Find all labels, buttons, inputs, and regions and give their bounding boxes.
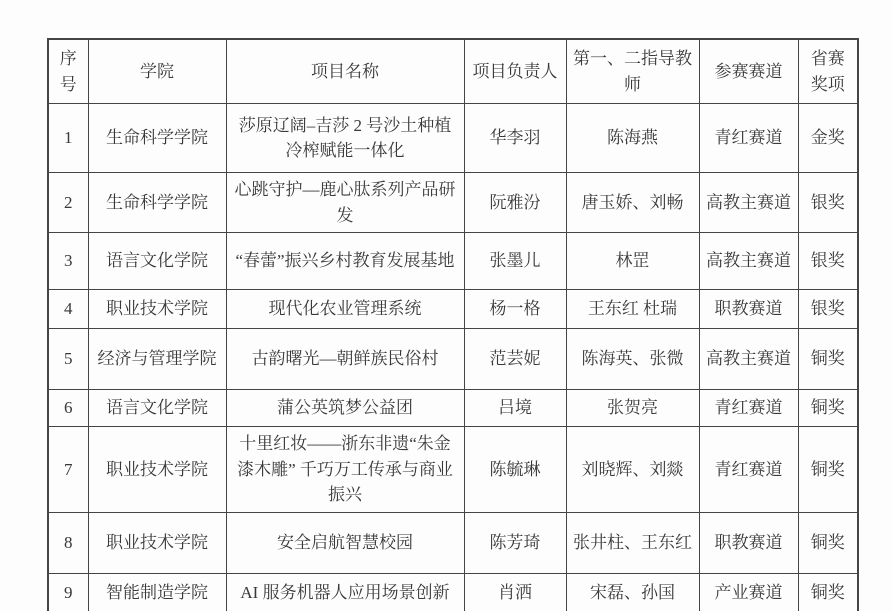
cell-award: 银奖	[798, 290, 858, 329]
cell-college: 经济与管理学院	[88, 329, 226, 390]
table-row: 9 智能制造学院 AI 服务机器人应用场景创新 肖洒 宋磊、孙国 产业赛道 铜奖	[48, 573, 858, 611]
cell-award: 银奖	[798, 233, 858, 290]
cell-track: 青红赛道	[699, 104, 798, 173]
header-advisors: 第一、二指导教师	[566, 39, 699, 104]
cell-leader: 阮雅汾	[464, 173, 566, 233]
cell-leader: 范芸妮	[464, 329, 566, 390]
cell-college: 职业技术学院	[88, 512, 226, 573]
cell-advisors: 刘晓辉、刘燚	[566, 427, 699, 513]
table-row: 2 生命科学学院 心跳守护—鹿心肽系列产品研发 阮雅汾 唐玉娇、刘畅 高教主赛道…	[48, 173, 858, 233]
header-serial: 序号	[48, 39, 88, 104]
cell-serial: 8	[48, 512, 88, 573]
cell-track: 产业赛道	[699, 573, 798, 611]
header-award: 省赛奖项	[798, 39, 858, 104]
cell-track: 青红赛道	[699, 390, 798, 427]
cell-award: 铜奖	[798, 427, 858, 513]
table-row: 4 职业技术学院 现代化农业管理系统 杨一格 王东红 杜瑞 职教赛道 银奖	[48, 290, 858, 329]
table-header-row: 序号 学院 项目名称 项目负责人 第一、二指导教师 参赛赛道 省赛奖项	[48, 39, 858, 104]
cell-serial: 2	[48, 173, 88, 233]
cell-award: 金奖	[798, 104, 858, 173]
cell-project-name: 古韵曙光—朝鲜族民俗村	[226, 329, 464, 390]
cell-track: 职教赛道	[699, 290, 798, 329]
cell-advisors: 林罡	[566, 233, 699, 290]
cell-college: 语言文化学院	[88, 233, 226, 290]
table-row: 7 职业技术学院 十里红妆——浙东非遗“朱金漆木雕” 千巧万工传承与商业振兴 陈…	[48, 427, 858, 513]
document-page: 序号 学院 项目名称 项目负责人 第一、二指导教师 参赛赛道 省赛奖项 1 生命…	[0, 0, 892, 611]
header-project-name: 项目名称	[226, 39, 464, 104]
cell-college: 生命科学学院	[88, 173, 226, 233]
table-row: 5 经济与管理学院 古韵曙光—朝鲜族民俗村 范芸妮 陈海英、张微 高教主赛道 铜…	[48, 329, 858, 390]
cell-award: 铜奖	[798, 512, 858, 573]
cell-advisors: 陈海燕	[566, 104, 699, 173]
cell-leader: 华李羽	[464, 104, 566, 173]
awards-table: 序号 学院 项目名称 项目负责人 第一、二指导教师 参赛赛道 省赛奖项 1 生命…	[47, 38, 859, 611]
cell-project-name: 十里红妆——浙东非遗“朱金漆木雕” 千巧万工传承与商业振兴	[226, 427, 464, 513]
cell-college: 职业技术学院	[88, 427, 226, 513]
table-row: 8 职业技术学院 安全启航智慧校园 陈芳琦 张井柱、王东红 职教赛道 铜奖	[48, 512, 858, 573]
cell-leader: 吕境	[464, 390, 566, 427]
cell-serial: 6	[48, 390, 88, 427]
cell-track: 高教主赛道	[699, 173, 798, 233]
cell-leader: 肖洒	[464, 573, 566, 611]
cell-college: 语言文化学院	[88, 390, 226, 427]
cell-advisors: 张贺亮	[566, 390, 699, 427]
cell-award: 铜奖	[798, 390, 858, 427]
cell-track: 高教主赛道	[699, 329, 798, 390]
cell-advisors: 张井柱、王东红	[566, 512, 699, 573]
header-college: 学院	[88, 39, 226, 104]
cell-award: 铜奖	[798, 329, 858, 390]
cell-project-name: 安全启航智慧校园	[226, 512, 464, 573]
cell-serial: 7	[48, 427, 88, 513]
cell-award: 银奖	[798, 173, 858, 233]
cell-leader: 陈毓琳	[464, 427, 566, 513]
cell-track: 职教赛道	[699, 512, 798, 573]
cell-project-name: AI 服务机器人应用场景创新	[226, 573, 464, 611]
table-row: 1 生命科学学院 莎原辽阔–吉莎 2 号沙土种植冷榨赋能一体化 华李羽 陈海燕 …	[48, 104, 858, 173]
cell-advisors: 陈海英、张微	[566, 329, 699, 390]
cell-track: 青红赛道	[699, 427, 798, 513]
cell-advisors: 王东红 杜瑞	[566, 290, 699, 329]
cell-leader: 张墨儿	[464, 233, 566, 290]
cell-project-name: 莎原辽阔–吉莎 2 号沙土种植冷榨赋能一体化	[226, 104, 464, 173]
table-row: 3 语言文化学院 “春蕾”振兴乡村教育发展基地 张墨儿 林罡 高教主赛道 银奖	[48, 233, 858, 290]
header-leader: 项目负责人	[464, 39, 566, 104]
cell-award: 铜奖	[798, 573, 858, 611]
cell-project-name: 心跳守护—鹿心肽系列产品研发	[226, 173, 464, 233]
cell-college: 生命科学学院	[88, 104, 226, 173]
cell-serial: 5	[48, 329, 88, 390]
cell-leader: 陈芳琦	[464, 512, 566, 573]
cell-serial: 4	[48, 290, 88, 329]
cell-advisors: 唐玉娇、刘畅	[566, 173, 699, 233]
header-track: 参赛赛道	[699, 39, 798, 104]
cell-advisors: 宋磊、孙国	[566, 573, 699, 611]
cell-college: 智能制造学院	[88, 573, 226, 611]
cell-track: 高教主赛道	[699, 233, 798, 290]
cell-college: 职业技术学院	[88, 290, 226, 329]
table-row: 6 语言文化学院 蒲公英筑梦公益团 吕境 张贺亮 青红赛道 铜奖	[48, 390, 858, 427]
cell-serial: 1	[48, 104, 88, 173]
cell-serial: 3	[48, 233, 88, 290]
cell-leader: 杨一格	[464, 290, 566, 329]
cell-serial: 9	[48, 573, 88, 611]
cell-project-name: 蒲公英筑梦公益团	[226, 390, 464, 427]
cell-project-name: “春蕾”振兴乡村教育发展基地	[226, 233, 464, 290]
cell-project-name: 现代化农业管理系统	[226, 290, 464, 329]
